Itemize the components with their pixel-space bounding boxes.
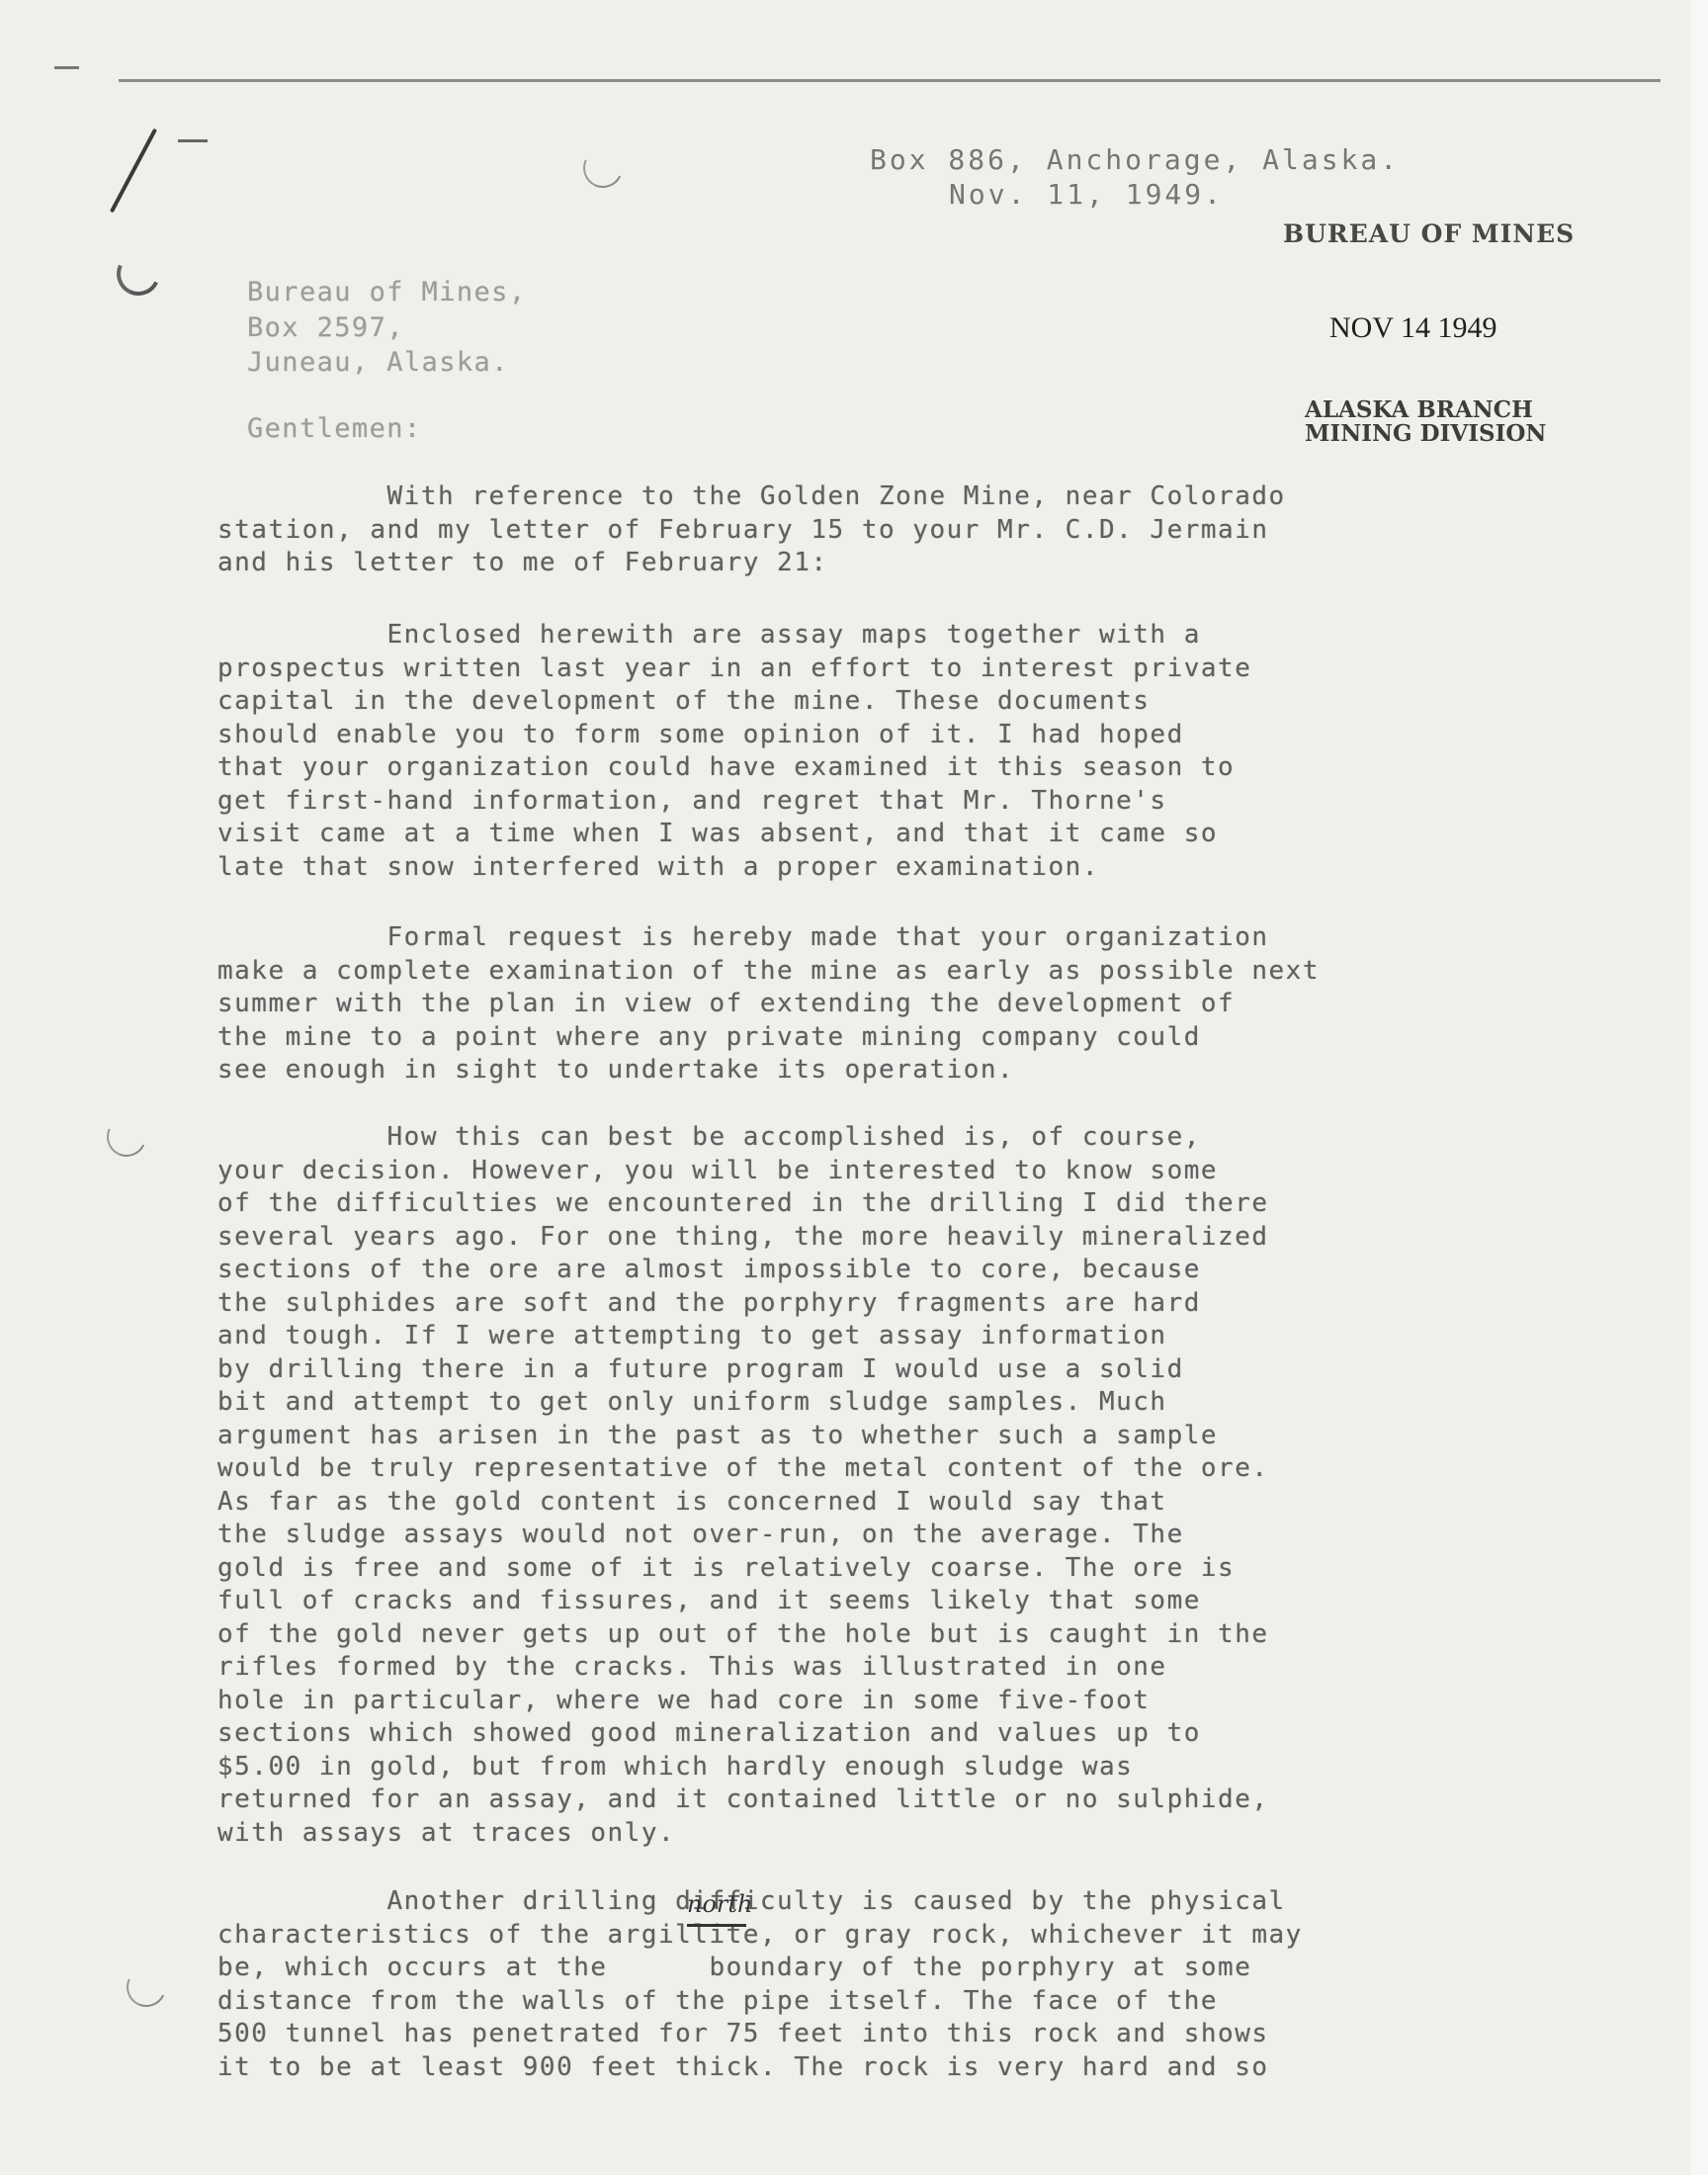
text-line: rifles formed by the cracks. This was il… <box>217 1651 1269 1685</box>
text-line: the sludge assays would not over-run, on… <box>217 1519 1269 1552</box>
handwritten-insertion: north <box>687 1890 752 1918</box>
text-line: Another drilling difficulty is caused by… <box>217 1885 1303 1919</box>
text-line: Enclosed herewith are assay maps togethe… <box>217 619 1251 652</box>
scan-edge <box>1690 0 1708 2175</box>
text-line: and tough. If I were attempting to get a… <box>217 1320 1269 1353</box>
branch-line-1: ALASKA BRANCH <box>1305 396 1533 423</box>
text-line: be, which occurs at the boundary of the … <box>217 1952 1303 1985</box>
text-line: full of cracks and fissures, and it seem… <box>217 1585 1269 1618</box>
paragraph-3: Formal request is hereby made that your … <box>217 921 1320 1087</box>
text-line: 500 tunnel has penetrated for 75 feet in… <box>217 2018 1303 2051</box>
received-stamp-agency: BUREAU OF MINES <box>1283 219 1575 248</box>
text-line: make a complete examination of the mine … <box>217 955 1320 989</box>
text-line: summer with the plan in view of extendin… <box>217 988 1320 1021</box>
top-rule-line <box>119 79 1661 82</box>
text-line: bit and attempt to get only uniform slud… <box>217 1386 1269 1420</box>
text-line: station, and my letter of February 15 to… <box>217 514 1286 548</box>
text-line: should enable you to form some opinion o… <box>217 719 1251 752</box>
recipient-line-3: Juneau, Alaska. <box>247 347 509 378</box>
text-line: late that snow interfered with a proper … <box>217 851 1251 885</box>
received-stamp-branch: ALASKA BRANCHMINING DIVISION <box>1305 398 1546 446</box>
text-line: Formal request is hereby made that your … <box>217 921 1320 955</box>
text-line: As far as the gold content is concerned … <box>217 1486 1269 1520</box>
text-line: the sulphides are soft and the porphyry … <box>217 1287 1269 1321</box>
paragraph-1: With reference to the Golden Zone Mine, … <box>217 480 1286 580</box>
text-line: With reference to the Golden Zone Mine, … <box>217 480 1286 514</box>
paragraph-5: Another drilling difficulty is caused by… <box>217 1885 1303 2084</box>
text-line: it to be at least 900 feet thick. The ro… <box>217 2051 1303 2085</box>
salutation: Gentlemen: <box>247 413 422 444</box>
text-line: the mine to a point where any private mi… <box>217 1021 1320 1055</box>
text-line: several years ago. For one thing, the mo… <box>217 1221 1269 1255</box>
text-line: of the gold never gets up out of the hol… <box>217 1618 1269 1652</box>
recipient-line-2: Box 2597, <box>247 312 404 343</box>
paragraph-2: Enclosed herewith are assay maps togethe… <box>217 619 1251 884</box>
letter-date: Nov. 11, 1949. <box>949 178 1224 211</box>
text-line: capital in the development of the mine. … <box>217 685 1251 719</box>
text-line: and his letter to me of February 21: <box>217 547 1286 580</box>
text-line: gold is free and some of it is relativel… <box>217 1552 1269 1586</box>
recipient-line-1: Bureau of Mines, <box>247 277 527 307</box>
text-line: with assays at traces only. <box>217 1817 1269 1851</box>
handwritten-dash-mark <box>178 139 208 142</box>
text-line: $5.00 in gold, but from which hardly eno… <box>217 1751 1269 1784</box>
text-line: visit came at a time when I was absent, … <box>217 818 1251 851</box>
text-line: sections of the ore are almost impossibl… <box>217 1254 1269 1287</box>
sender-address: Box 886, Anchorage, Alaska. <box>870 143 1400 176</box>
text-line: returned for an assay, and it contained … <box>217 1783 1269 1817</box>
text-line: argument has arisen in the past as to wh… <box>217 1420 1269 1453</box>
text-line: your decision. However, you will be inte… <box>217 1155 1269 1188</box>
received-stamp-date: NOV 14 1949 <box>1329 311 1496 345</box>
text-line: see enough in sight to undertake its ope… <box>217 1054 1320 1087</box>
text-line: sections which showed good mineralizatio… <box>217 1717 1269 1751</box>
text-line: would be truly representative of the met… <box>217 1452 1269 1486</box>
text-line: of the difficulties we encountered in th… <box>217 1187 1269 1221</box>
text-line: that your organization could have examin… <box>217 751 1251 785</box>
text-line: How this can best be accomplished is, of… <box>217 1121 1269 1155</box>
branch-line-2: MINING DIVISION <box>1305 420 1546 447</box>
scan-mark <box>54 66 79 69</box>
strikethrough-mark <box>687 1924 746 1927</box>
text-line: distance from the walls of the pipe itse… <box>217 1985 1303 2019</box>
text-line: characteristics of the argillite, or gra… <box>217 1919 1303 1953</box>
text-line: get first-hand information, and regret t… <box>217 785 1251 819</box>
text-line: hole in particular, where we had core in… <box>217 1685 1269 1718</box>
text-line: prospectus written last year in an effor… <box>217 652 1251 686</box>
paragraph-4: How this can best be accomplished is, of… <box>217 1121 1269 1850</box>
text-line: by drilling there in a future program I … <box>217 1353 1269 1387</box>
